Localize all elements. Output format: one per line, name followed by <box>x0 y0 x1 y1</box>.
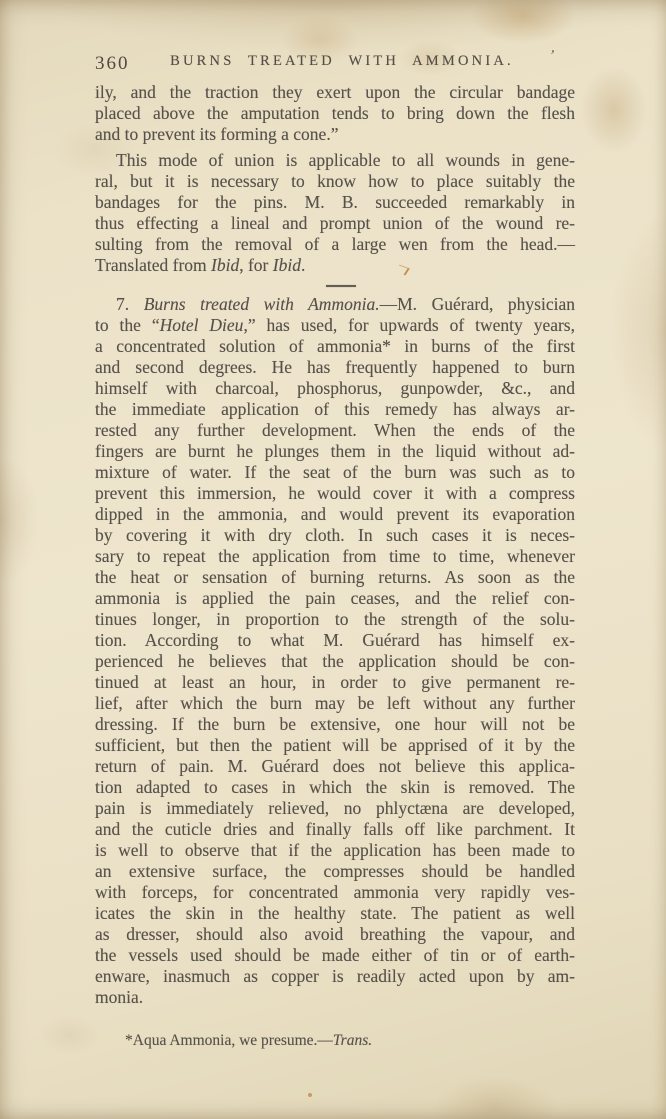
text-body: ily, and the traction they exert upon th… <box>95 82 575 1050</box>
text-line: is well to observe that if the applicati… <box>95 840 575 861</box>
text-line: the immediate application of this remedy… <box>95 399 575 420</box>
text-line: and the cuticle dries and finally falls … <box>95 819 575 840</box>
text-line: placed above the amputation tends to bri… <box>95 103 575 124</box>
book-page: 360 BURNS TREATED WITH AMMONIA. ily, and… <box>0 0 666 1119</box>
text-line: 7. Burns treated with Ammonia.—M. Guérar… <box>95 294 575 315</box>
text-line: as dresser, should also avoid breathing … <box>95 924 575 945</box>
paragraph: This mode of union is applicable to all … <box>95 150 575 276</box>
text-line: and to prevent its forming a cone.” <box>95 124 575 145</box>
text-line: tion adapted to cases in which the skin … <box>95 777 575 798</box>
stain-dot <box>308 1093 312 1097</box>
text-line: This mode of union is applicable to all … <box>95 150 575 171</box>
text-line: with forceps, for concentrated ammonia v… <box>95 882 575 903</box>
text-line: to the “Hotel Dieu,” has used, for upwar… <box>95 315 575 336</box>
text-line: pain is immediately relieved, no phlyctæ… <box>95 798 575 819</box>
text-line: monia. <box>95 987 575 1008</box>
text-line: dipped in the ammonia, and would prevent… <box>95 504 575 525</box>
section-divider <box>326 285 356 287</box>
paragraph: 7. Burns treated with Ammonia.—M. Guérar… <box>95 294 575 1008</box>
text-line: perienced he believes that the applicati… <box>95 651 575 672</box>
running-header: BURNS TREATED WITH AMMONIA. <box>95 53 575 70</box>
text-line: sufficient, but then the patient will be… <box>95 735 575 756</box>
text-line: ammonia is applied the pain ceases, and … <box>95 588 575 609</box>
page-number: 360 <box>95 53 130 75</box>
text-line: enware, inasmuch as copper is readily ac… <box>95 966 575 987</box>
text-line: ral, but it is necessary to know how to … <box>95 171 575 192</box>
text-line: dressing. If the burn be extensive, one … <box>95 714 575 735</box>
text-line: return of pain. M. Guérard does not beli… <box>95 756 575 777</box>
text-line: bandages for the pins. M. B. succeeded r… <box>95 192 575 213</box>
text-line: Translated from Ibid, for Ibid. <box>95 255 575 276</box>
footnote-row: *Aqua Ammonia, we presume.—Trans. <box>95 1032 575 1050</box>
text-line: himself with charcoal, phosphorus, gunpo… <box>95 378 575 399</box>
text-line: and second degrees. He has frequently ha… <box>95 357 575 378</box>
text-line: mixture of water. If the seat of the bur… <box>95 462 575 483</box>
footnote: *Aqua Ammonia, we presume.—Trans. <box>125 1032 372 1049</box>
text-line: the heat or sensation of burning returns… <box>95 567 575 588</box>
text-line: sulting from the removal of a large wen … <box>95 234 575 255</box>
text-line: lief, after which the burn may be left w… <box>95 693 575 714</box>
text-line: tinues longer, in proportion to the stre… <box>95 609 575 630</box>
text-line: the vessels used should be made either o… <box>95 945 575 966</box>
text-line: tinued at least an hour, in order to giv… <box>95 672 575 693</box>
text-line: sary to repeat the application from time… <box>95 546 575 567</box>
text-line: an extensive surface, the compresses sho… <box>95 861 575 882</box>
text-line: prevent this immersion, he would cover i… <box>95 483 575 504</box>
text-line: by covering it with dry cloth. In such c… <box>95 525 575 546</box>
text-line: a concentrated solution of ammonia* in b… <box>95 336 575 357</box>
text-line: rested any further development. When the… <box>95 420 575 441</box>
text-line: fingers are burnt he plunges them in the… <box>95 441 575 462</box>
text-line: icates the skin in the healthy state. Th… <box>95 903 575 924</box>
page-header: 360 BURNS TREATED WITH AMMONIA. <box>95 53 575 73</box>
text-line: ily, and the traction they exert upon th… <box>95 82 575 103</box>
text-line: tion. According to what M. Guérard has h… <box>95 630 575 651</box>
text-line: thus effecting a lineal and prompt union… <box>95 213 575 234</box>
paragraph: ily, and the traction they exert upon th… <box>95 82 575 145</box>
